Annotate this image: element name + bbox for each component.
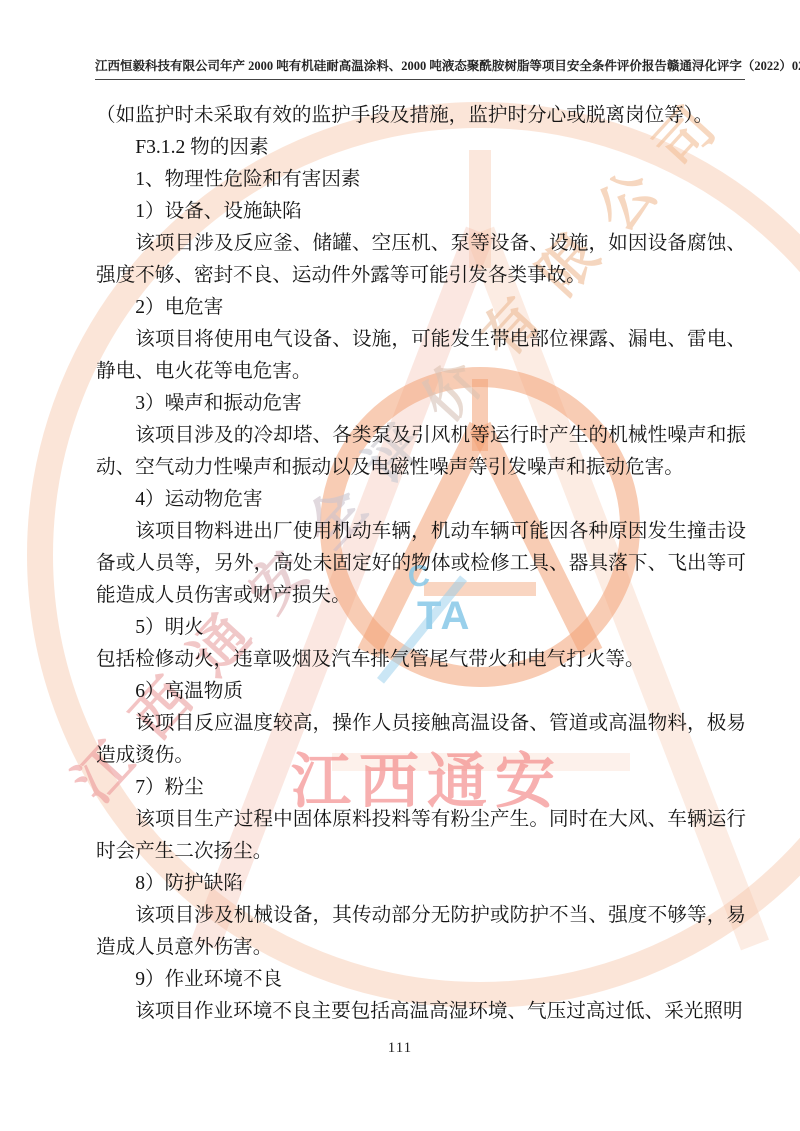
paragraph: 该项目物料进出厂使用机动车辆，机动车辆可能因各种原因发生撞击设备或人员等，另外，… (96, 516, 746, 612)
report-title: 江西恒毅科技有限公司年产 2000 吨有机硅耐高温涂料、2000 吨液态聚酰胺树… (95, 56, 667, 74)
page-number: 111 (388, 1040, 412, 1056)
paragraph: 包括检修动火，违章吸烟及汽车排气管尾气带火和电气打火等。 (96, 644, 746, 676)
paragraph: 该项目涉及反应釜、储罐、空压机、泵等设备、设施，如因设备腐蚀、强度不够、密封不良… (96, 228, 746, 292)
paragraph: 2）电危害 (96, 292, 746, 324)
paragraph: 该项目反应温度较高，操作人员接触高温设备、管道或高温物料，极易造成烫伤。 (96, 708, 746, 772)
paragraph: （如监护时未采取有效的监护手段及措施，监护时分心或脱离岗位等）。 (96, 100, 746, 132)
paragraph: 1、物理性危险和有害因素 (96, 164, 746, 196)
page-header: 江西恒毅科技有限公司年产 2000 吨有机硅耐高温涂料、2000 吨液态聚酰胺树… (95, 56, 745, 80)
paragraph: 该项目涉及的冷却塔、各类泵及引风机等运行时产生的机械性噪声和振动、空气动力性噪声… (96, 420, 746, 484)
paragraph: 1）设备、设施缺陷 (96, 196, 746, 228)
page-footer: 111 (0, 1040, 800, 1057)
paragraph: 该项目生产过程中固体原料投料等有粉尘产生。同时在大风、车辆运行时会产生二次扬尘。 (96, 804, 746, 868)
paragraph: 4）运动物危害 (96, 484, 746, 516)
paragraph: 该项目涉及机械设备，其传动部分无防护或防护不当、强度不够等，易造成人员意外伤害。 (96, 900, 746, 964)
paragraph: 8）防护缺陷 (96, 868, 746, 900)
paragraph: F3.1.2 物的因素 (96, 132, 746, 164)
document-page: C TA 江西通安全评价有限公司 江西通安 江西恒毅科技有限公司年产 2000 … (0, 0, 800, 1131)
paragraph: 6）高温物质 (96, 676, 746, 708)
paragraph: 7）粉尘 (96, 772, 746, 804)
paragraph: 3）噪声和振动危害 (96, 388, 746, 420)
paragraph: 该项目将使用电气设备、设施，可能发生带电部位裸露、漏电、雷电、静电、电火花等电危… (96, 324, 746, 388)
document-number: 赣通浔化评字（2022）020 号 (667, 56, 800, 74)
paragraph: 9）作业环境不良 (96, 964, 746, 996)
document-body: （如监护时未采取有效的监护手段及措施，监护时分心或脱离岗位等）。F3.1.2 物… (96, 100, 746, 1028)
paragraph: 该项目作业环境不良主要包括高温高湿环境、气压过高过低、采光照明 (96, 996, 746, 1028)
paragraph: 5）明火 (96, 612, 746, 644)
